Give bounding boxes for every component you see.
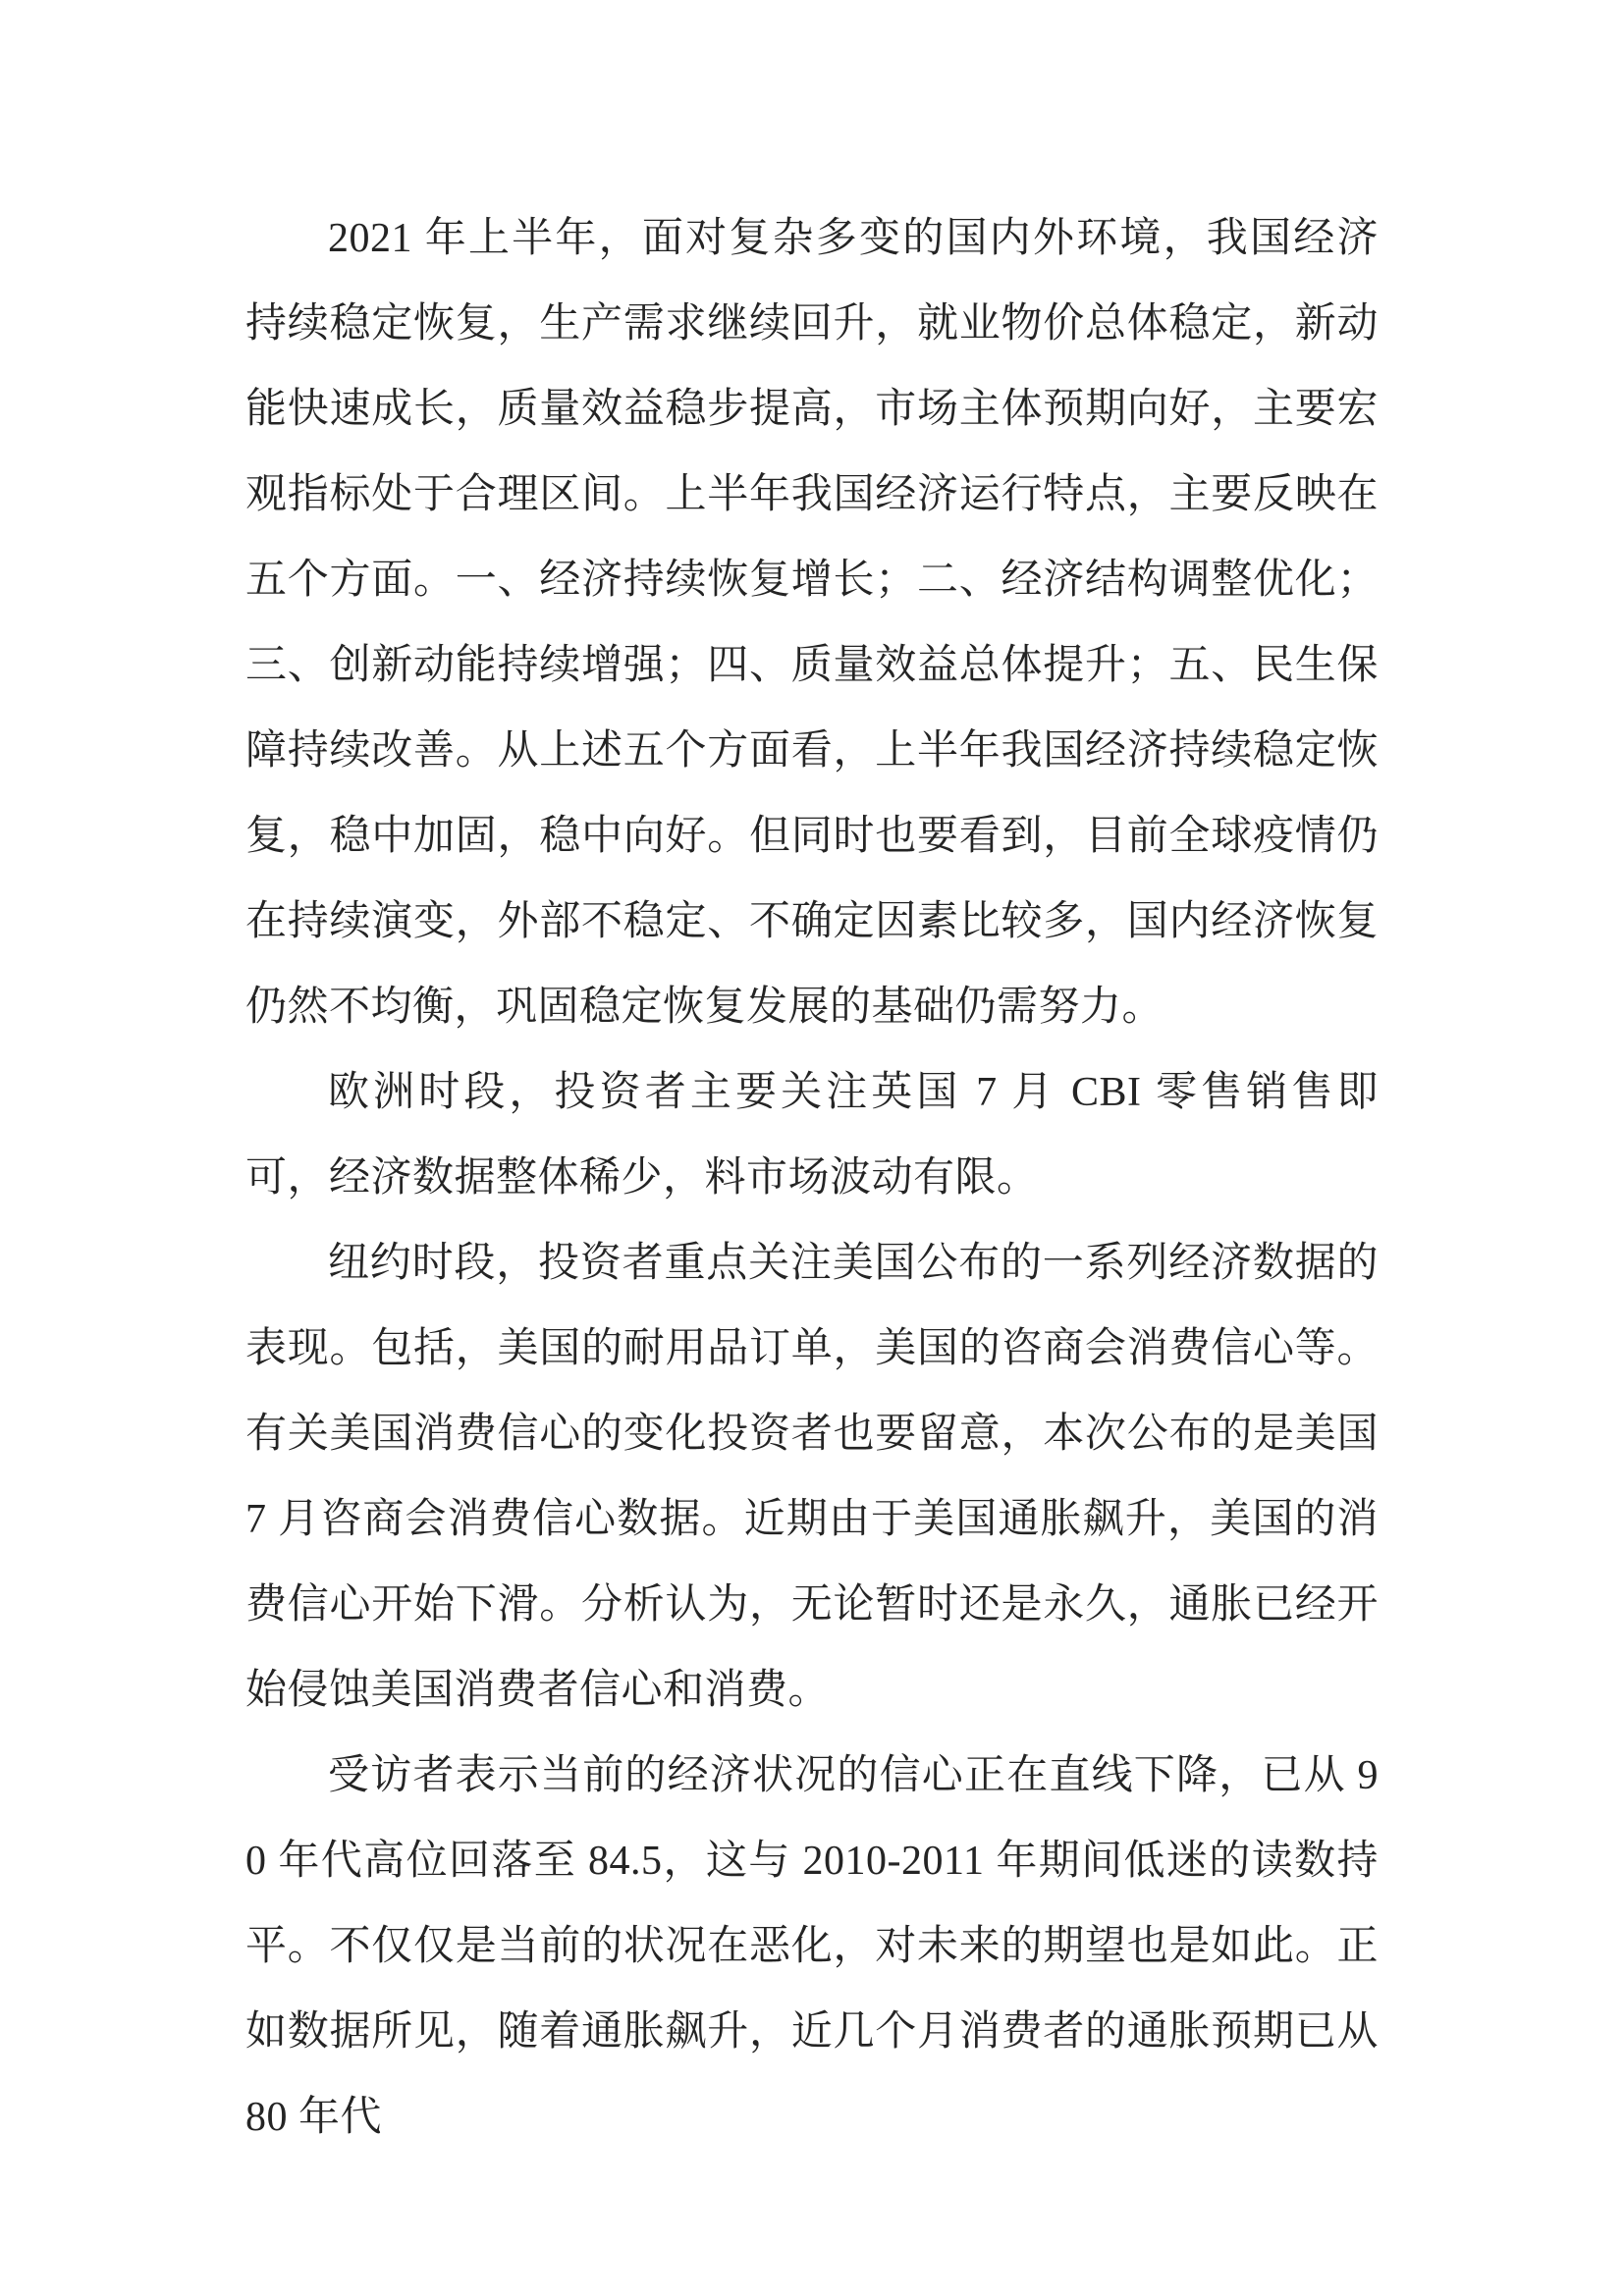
- paragraph-consumer-confidence: 受访者表示当前的经济状况的信心正在直线下降，已从 90 年代高位回落至 84.5…: [245, 1734, 1379, 2161]
- paragraph-newyork-session: 纽约时段，投资者重点关注美国公布的一系列经济数据的表现。包括，美国的耐用品订单，…: [245, 1221, 1379, 1734]
- document-text-block: 2021 年上半年，面对复杂多变的国内外环境，我国经济持续稳定恢复，生产需求继续…: [245, 196, 1379, 2161]
- paragraph-europe-session: 欧洲时段，投资者主要关注英国 7 月 CBI 零售销售即可，经济数据整体稀少，料…: [245, 1050, 1379, 1221]
- document-page: 2021 年上半年，面对复杂多变的国内外环境，我国经济持续稳定恢复，生产需求继续…: [0, 0, 1624, 2296]
- paragraph-economy-overview: 2021 年上半年，面对复杂多变的国内外环境，我国经济持续稳定恢复，生产需求继续…: [245, 196, 1379, 1050]
